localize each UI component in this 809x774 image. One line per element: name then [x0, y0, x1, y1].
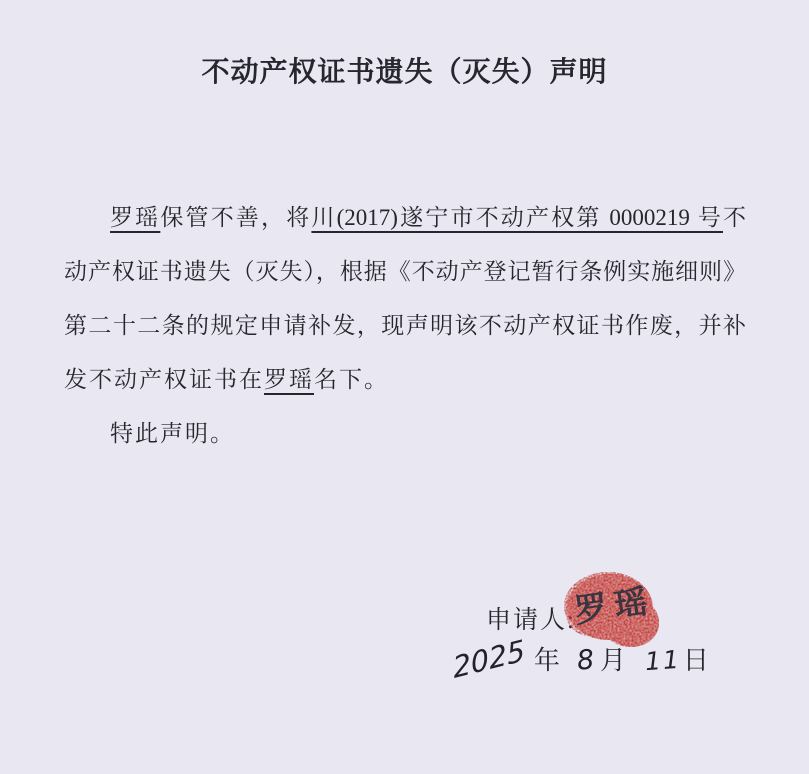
- month-label: 月: [600, 640, 627, 677]
- handwritten-month: 8: [575, 644, 595, 677]
- statement-text: 动产权证书遗失（灭失），根据《不动产登记暂行条例实施细则》: [64, 259, 746, 284]
- document-title: 不动产权证书遗失（灭失）声明: [0, 50, 809, 90]
- statement-text: 名下。: [314, 367, 389, 392]
- statement-line-2: 动产权证书遗失（灭失），根据《不动产登记暂行条例实施细则》: [64, 245, 746, 299]
- statement-text: 保管不善，将: [160, 205, 311, 230]
- statement-body: 罗瑶保管不善，将川(2017)遂宁市不动产权第 0000219 号不动产权证书遗…: [64, 191, 746, 461]
- date-line: 2025 年 8 月 11 日: [452, 640, 702, 677]
- statement-line-3: 第二十二条的规定申请补发，现声明该不动产权证书作废，并补: [64, 299, 746, 353]
- statement-text: 不: [723, 205, 746, 230]
- statement-text: 特此声明。: [110, 421, 235, 446]
- underlined-text: 罗瑶: [264, 367, 314, 392]
- statement-line-5: 特此声明。: [64, 407, 746, 461]
- document-page: 不动产权证书遗失（灭失）声明 罗瑶保管不善，将川(2017)遂宁市不动产权第 0…: [0, 0, 809, 774]
- statement-line-4: 发不动产权证书在罗瑶名下。: [64, 353, 746, 407]
- statement-line-1: 罗瑶保管不善，将川(2017)遂宁市不动产权第 0000219 号不: [64, 191, 746, 245]
- year-label: 年: [534, 640, 561, 677]
- statement-text: 第二十二条的规定申请补发，现声明该不动产权证书作废，并补: [64, 313, 746, 338]
- statement-text: 发不动产权证书在: [64, 367, 264, 392]
- day-label: 日: [683, 640, 710, 677]
- underlined-text: 川(2017)遂宁市不动产权第 0000219 号: [311, 205, 723, 230]
- handwritten-day: 11: [644, 645, 682, 676]
- underlined-text: 罗瑶: [110, 205, 160, 230]
- handwritten-year: 2025: [451, 633, 526, 685]
